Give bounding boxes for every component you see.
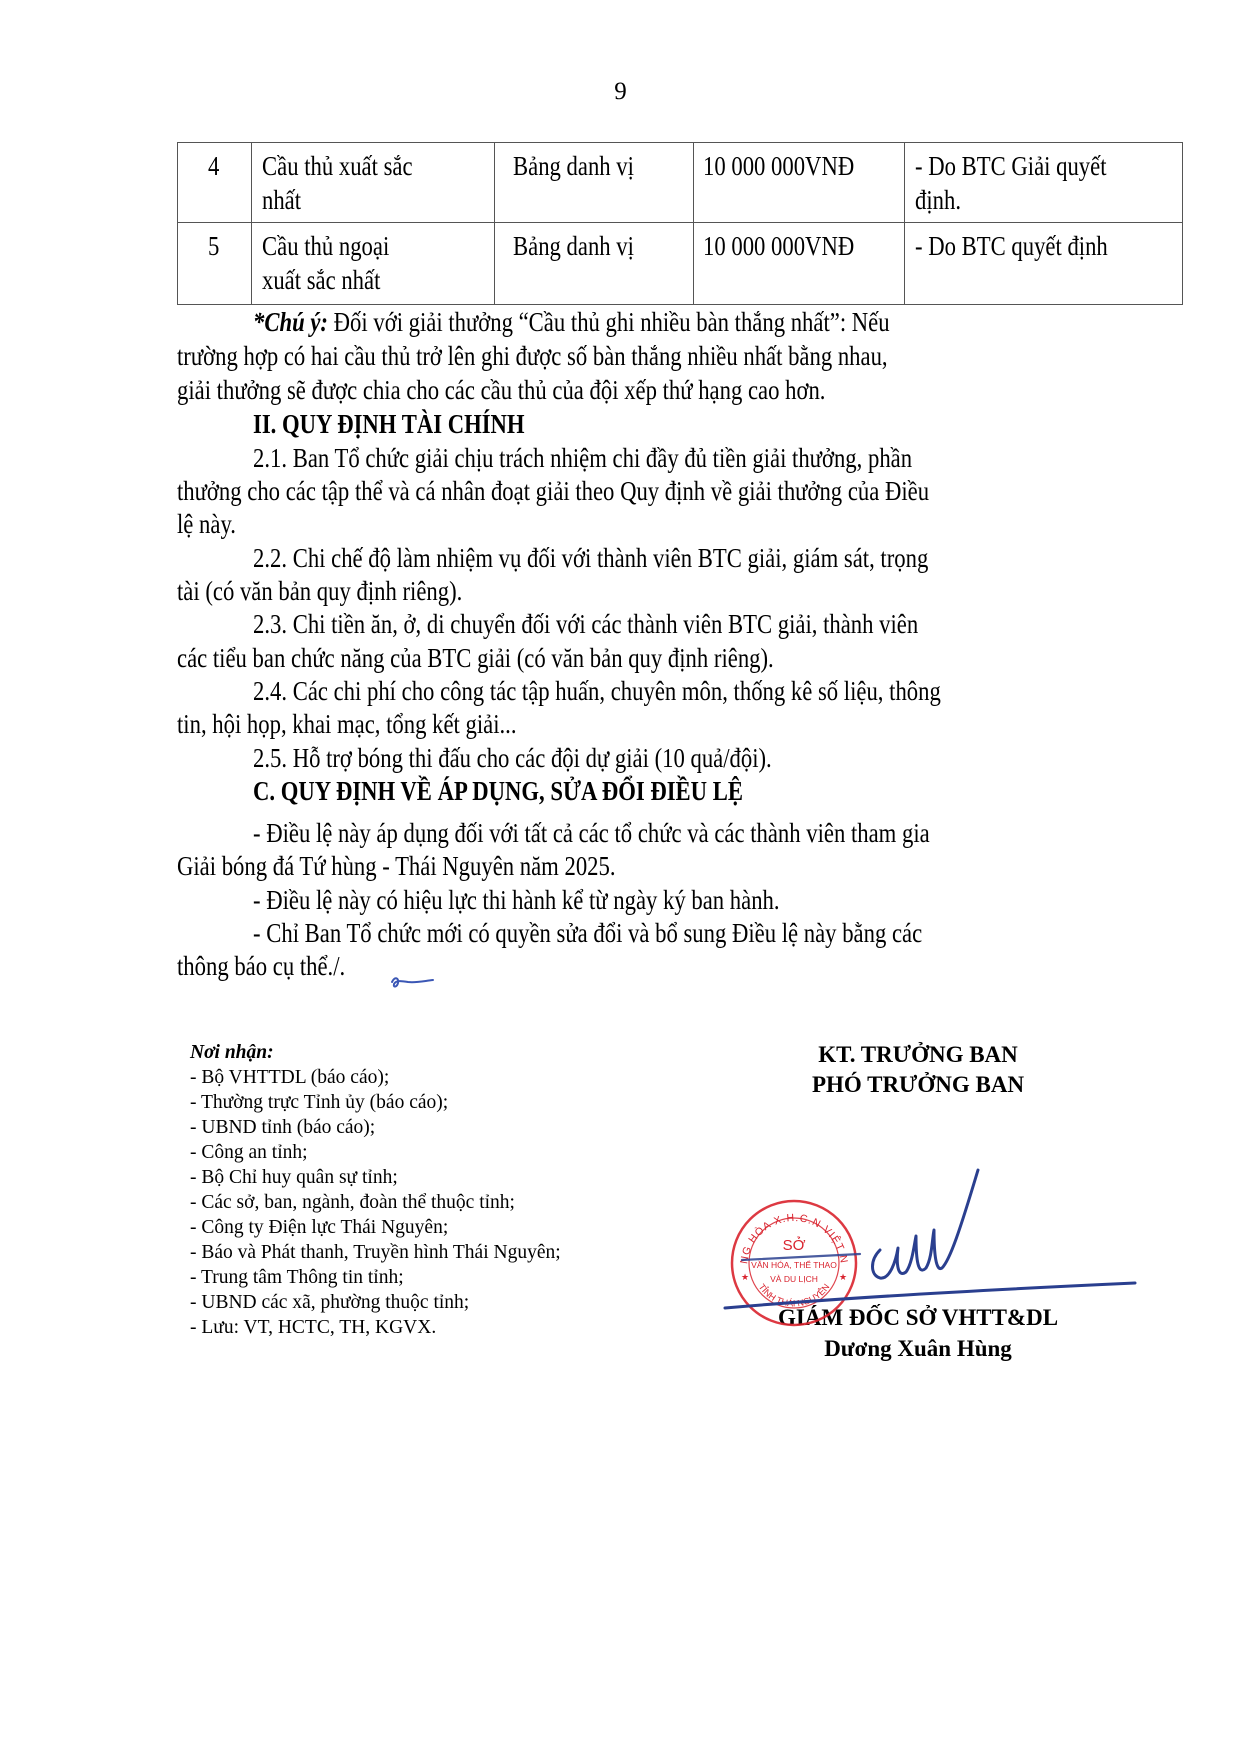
- prize-name: Cầu thủ xuất sắc: [262, 149, 413, 183]
- paragraph-line: Giải bóng đá Tứ hùng - Thái Nguyên năm 2…: [177, 850, 699, 883]
- note-line: giải thưởng sẽ được chia cho các cầu thủ…: [177, 374, 949, 407]
- prize-form: Bảng danh vị: [513, 149, 634, 183]
- paragraph-line: 2.1. Ban Tổ chức giải chịu trách nhiệm c…: [253, 442, 1038, 475]
- paragraph-line: các tiểu ban chức năng của BTC giải (có …: [177, 642, 887, 675]
- paragraph-line: 2.2. Chi chế độ làm nhiệm vụ đối với thà…: [253, 542, 1057, 575]
- paragraph-line: tin, hội họp, khai mạc, tổng kết giải...: [177, 708, 581, 741]
- handwritten-signature-icon: [720, 1150, 1140, 1330]
- initial-mark-icon: [390, 972, 435, 992]
- recipient-item: - Báo và Phát thanh, Truyền hình Thái Ng…: [190, 1240, 561, 1265]
- note-line: *Chú ý: Đối với giải thưởng “Cầu thủ ghi…: [253, 306, 1011, 339]
- table-row: 4 Cầu thủ xuất sắc nhất Bảng danh vị 10 …: [178, 143, 1183, 223]
- paragraph-line: 2.3. Chi tiền ăn, ở, di chuyển đối với c…: [253, 608, 1045, 641]
- signature-role-line2: PHÓ TRƯỞNG BAN: [700, 1070, 1136, 1100]
- signature-role: KT. TRƯỞNG BAN PHÓ TRƯỞNG BAN: [700, 1040, 1136, 1100]
- prize-note: - Do BTC Giải quyết: [915, 149, 1107, 183]
- prize-name: xuất sắc nhất: [262, 263, 380, 297]
- paragraph-line: thông báo cụ thể./.: [177, 950, 377, 983]
- recipient-item: - Trung tâm Thông tin tỉnh;: [190, 1265, 561, 1290]
- recipient-item: - Công an tỉnh;: [190, 1140, 561, 1165]
- prize-value: 10 000 000VNĐ: [703, 229, 854, 263]
- recipient-item: - Lưu: VT, HCTC, TH, KGVX.: [190, 1315, 561, 1340]
- recipient-item: - UBND các xã, phường thuộc tỉnh;: [190, 1290, 561, 1315]
- table-row: 5 Cầu thủ ngoại xuất sắc nhất Bảng danh …: [178, 223, 1183, 305]
- paragraph-line: tài (có văn bản quy định riêng).: [177, 575, 517, 608]
- paragraph-line: thưởng cho các tập thể và cá nhân đoạt g…: [177, 475, 1072, 508]
- prize-note: định.: [915, 183, 961, 217]
- recipient-item: - UBND tỉnh (báo cáo);: [190, 1115, 561, 1140]
- signature-role-line1: KT. TRƯỞNG BAN: [700, 1040, 1136, 1070]
- row-number: 5: [208, 229, 219, 263]
- prize-note: - Do BTC quyết định: [915, 229, 1108, 263]
- row-number: 4: [208, 149, 219, 183]
- section-c-heading: C. QUY ĐỊNH VỀ ÁP DỤNG, SỬA ĐỔI ĐIỀU LỆ: [253, 775, 836, 808]
- recipient-item: - Các sở, ban, ngành, đoàn thể thuộc tỉn…: [190, 1190, 561, 1215]
- signer-name: Dương Xuân Hùng: [700, 1334, 1136, 1364]
- section-ii-heading: II. QUY ĐỊNH TÀI CHÍNH: [253, 408, 576, 441]
- note-line: trường hợp có hai cầu thủ trở lên ghi đư…: [177, 340, 1023, 373]
- paragraph-line: - Điều lệ này áp dụng đối với tất cả các…: [253, 817, 1059, 850]
- paragraph-line: 2.5. Hỗ trợ bóng thi đấu cho các đội dự …: [253, 742, 871, 775]
- prize-name: Cầu thủ ngoại: [262, 229, 389, 263]
- paragraph-line: - Điều lệ này có hiệu lực thi hành kể từ…: [253, 884, 880, 917]
- prize-form: Bảng danh vị: [513, 229, 634, 263]
- page-number: 9: [0, 78, 1241, 106]
- recipients-list: Nơi nhận: - Bộ VHTTDL (báo cáo); - Thườn…: [190, 1040, 561, 1340]
- recipient-item: - Thường trực Tỉnh ủy (báo cáo);: [190, 1090, 561, 1115]
- recipient-item: - Bộ VHTTDL (báo cáo);: [190, 1065, 561, 1090]
- recipients-title: Nơi nhận:: [190, 1040, 561, 1065]
- paragraph-line: lệ này.: [177, 508, 247, 541]
- recipient-item: - Bộ Chỉ huy quân sự tỉnh;: [190, 1165, 561, 1190]
- prize-table: 4 Cầu thủ xuất sắc nhất Bảng danh vị 10 …: [177, 142, 1183, 305]
- paragraph-line: 2.4. Các chi phí cho công tác tập huấn, …: [253, 675, 1072, 708]
- paragraph-line: - Chỉ Ban Tổ chức mới có quyền sửa đổi v…: [253, 917, 1050, 950]
- prize-value: 10 000 000VNĐ: [703, 149, 854, 183]
- prize-name: nhất: [262, 183, 301, 217]
- note-label: *Chú ý:: [253, 307, 328, 337]
- recipient-item: - Công ty Điện lực Thái Nguyên;: [190, 1215, 561, 1240]
